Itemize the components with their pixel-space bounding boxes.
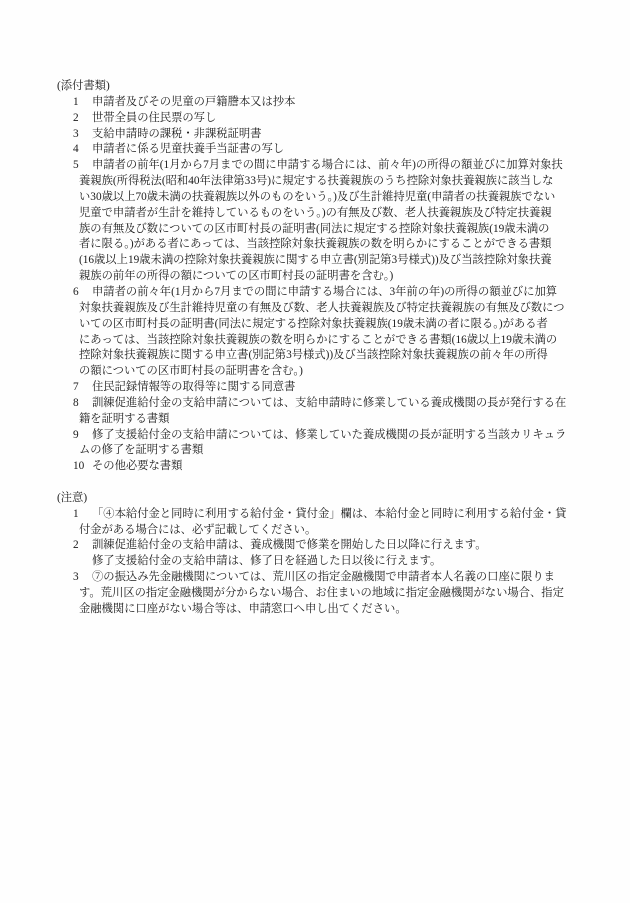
- item-text: 支給申請時の課税・非課税証明書: [92, 127, 261, 143]
- item-number: 2: [73, 111, 92, 127]
- attachment-item-8: 8 訓練促進給付金の支給申請については、支給申請時に修業している養成機関の長が発…: [57, 396, 580, 412]
- item-number: 5: [73, 158, 92, 174]
- item-number: 10: [73, 459, 92, 475]
- attachment-item-5: 5 申請者の前年(1月から7月までの間に申請する場合には、前々年)の所得の額並び…: [57, 158, 580, 174]
- attachment-item-3: 3 支給申請時の課税・非課税証明書: [57, 127, 580, 143]
- item-text: 申請者の前年(1月から7月までの間に申請する場合には、前々年)の所得の額並びに加…: [92, 158, 563, 174]
- item-number: 8: [73, 396, 92, 412]
- item-text: 修了支援給付金の支給申請については、修業していた養成機関の長が証明する当該カリキ…: [92, 428, 566, 444]
- item-text: 住民記録情報等の取得等に関する同意書: [92, 380, 295, 396]
- item-text: 「④本給付金と同時に利用する給付金・貸付金」欄は、本給付金と同時に利用する給付金…: [92, 507, 566, 523]
- item-text: 申請者に係る児童扶養手当証書の写し: [92, 142, 284, 158]
- attachments-heading: (添付書類): [57, 79, 580, 95]
- item-number: 1: [73, 95, 92, 111]
- attachment-item-1: 1 申請者及びその児童の戸籍謄本又は抄本: [57, 95, 580, 111]
- attachment-item-2: 2 世帯全員の住民票の写し: [57, 111, 580, 127]
- item-continuation-line: す。荒川区の指定金融機関が分からない場合、お住まいの地域に指定金融機関がない場合…: [79, 586, 580, 602]
- attachment-item-6: 6 申請者の前々年(1月から7月までの間に申請する場合には、3年前の年)の所得の…: [57, 285, 580, 301]
- item-continuation-line: 対象扶養親族及び生計維持児童の有無及び数、老人扶養親族及び特定扶養親族の有無及び…: [79, 301, 580, 317]
- notes-heading: (注意): [57, 491, 580, 507]
- notes-section: (注意) 1 「④本給付金と同時に利用する給付金・貸付金」欄は、本給付金と同時に…: [57, 491, 580, 618]
- attachment-item-7: 7 住民記録情報等の取得等に関する同意書: [57, 380, 580, 396]
- note-item-1: 1 「④本給付金と同時に利用する給付金・貸付金」欄は、本給付金と同時に利用する給…: [57, 507, 580, 523]
- item-number: 6: [73, 285, 92, 301]
- item-number: 4: [73, 142, 92, 158]
- item-continuation-line: 控除対象扶養親族に関する申立書(別記第3号様式))及び当該控除対象扶養親族の前々…: [79, 348, 580, 364]
- item-continuation-line: ムの修了を証明する書類: [79, 443, 580, 459]
- item-text: その他必要な書類: [92, 459, 182, 475]
- item-number: 7: [73, 380, 92, 396]
- item-continuation-line: 親族の前年の所得の額についての区市町村長の証明書を含む。): [79, 269, 580, 285]
- item-continuation-line: 修了支援給付金の支給申請は、修了日を経過した日以後に行えます。: [92, 554, 580, 570]
- item-text: 申請者及びその児童の戸籍謄本又は抄本: [92, 95, 295, 111]
- item-continuation-line: い30歳以上70歳未満の扶養親族以外のものをいう。)及び生計維持児童(申請者の扶…: [79, 190, 580, 206]
- item-continuation-line: にあっては、当該控除対象扶養親族の数を明らかにすることができる書類(16歳以上1…: [79, 333, 580, 349]
- item-number: 2: [73, 538, 92, 554]
- section-spacer: [57, 475, 580, 491]
- item-number: 3: [73, 127, 92, 143]
- item-number: 3: [73, 570, 92, 586]
- item-number: 9: [73, 428, 92, 444]
- item-continuation-line: 籍を証明する書類: [79, 412, 580, 428]
- item-text: ⑦の振込み先金融機関については、荒川区の指定金融機関で申請者本人名義の口座に限り…: [92, 570, 555, 586]
- item-continuation-line: (16歳以上19歳未満の控除対象扶養親族に関する申立書(別記第3号様式))及び当…: [79, 253, 580, 269]
- item-number: 1: [73, 507, 92, 523]
- item-continuation-line: 金融機関に口座がない場合等は、申請窓口へ申し出てください。: [79, 602, 580, 618]
- document-page: (添付書類) 1 申請者及びその児童の戸籍謄本又は抄本 2 世帯全員の住民票の写…: [0, 0, 630, 903]
- item-continuation-line: いての区市町村長の証明書(同法に規定する控除対象扶養親族(19歳未満の者に限る。…: [79, 317, 580, 333]
- attachment-item-9: 9 修了支援給付金の支給申請については、修業していた養成機関の長が証明する当該カ…: [57, 428, 580, 444]
- item-continuation-line: 養親族(所得税法(昭和40年法律第33号)に規定する扶養親族のうち控除対象扶養親…: [79, 174, 580, 190]
- attachments-section: (添付書類) 1 申請者及びその児童の戸籍謄本又は抄本 2 世帯全員の住民票の写…: [57, 79, 580, 475]
- attachment-item-4: 4 申請者に係る児童扶養手当証書の写し: [57, 142, 580, 158]
- item-text: 訓練促進給付金の支給申請については、支給申請時に修業している養成機関の長が発行す…: [92, 396, 566, 412]
- attachment-item-10: 10 その他必要な書類: [57, 459, 580, 475]
- note-item-3: 3 ⑦の振込み先金融機関については、荒川区の指定金融機関で申請者本人名義の口座に…: [57, 570, 580, 586]
- item-continuation-line: 者に限る。)がある者にあっては、当該控除対象扶養親族の数を明らかにすることができ…: [79, 237, 580, 253]
- item-text: 訓練促進給付金の支給申請は、養成機関で修業を開始した日以降に行えます。: [92, 538, 487, 554]
- item-continuation-line: 付金がある場合には、必ず記載してください。: [79, 523, 580, 539]
- item-text: 申請者の前々年(1月から7月までの間に申請する場合には、3年前の年)の所得の額並…: [92, 285, 557, 301]
- item-continuation-line: の額についての区市町村長の証明書を含む。): [79, 364, 580, 380]
- item-continuation-line: 児童で申請者が生計を維持しているものをいう。)の有無及び数、老人扶養親族及び特定…: [79, 206, 580, 222]
- item-text: 世帯全員の住民票の写し: [92, 111, 216, 127]
- note-item-2: 2 訓練促進給付金の支給申請は、養成機関で修業を開始した日以降に行えます。: [57, 538, 580, 554]
- document-content: (添付書類) 1 申請者及びその児童の戸籍謄本又は抄本 2 世帯全員の住民票の写…: [57, 79, 580, 618]
- item-continuation-line: 族の有無及び数についての区市町村長の証明書(同法に規定する控除対象扶養親族(19…: [79, 222, 580, 238]
